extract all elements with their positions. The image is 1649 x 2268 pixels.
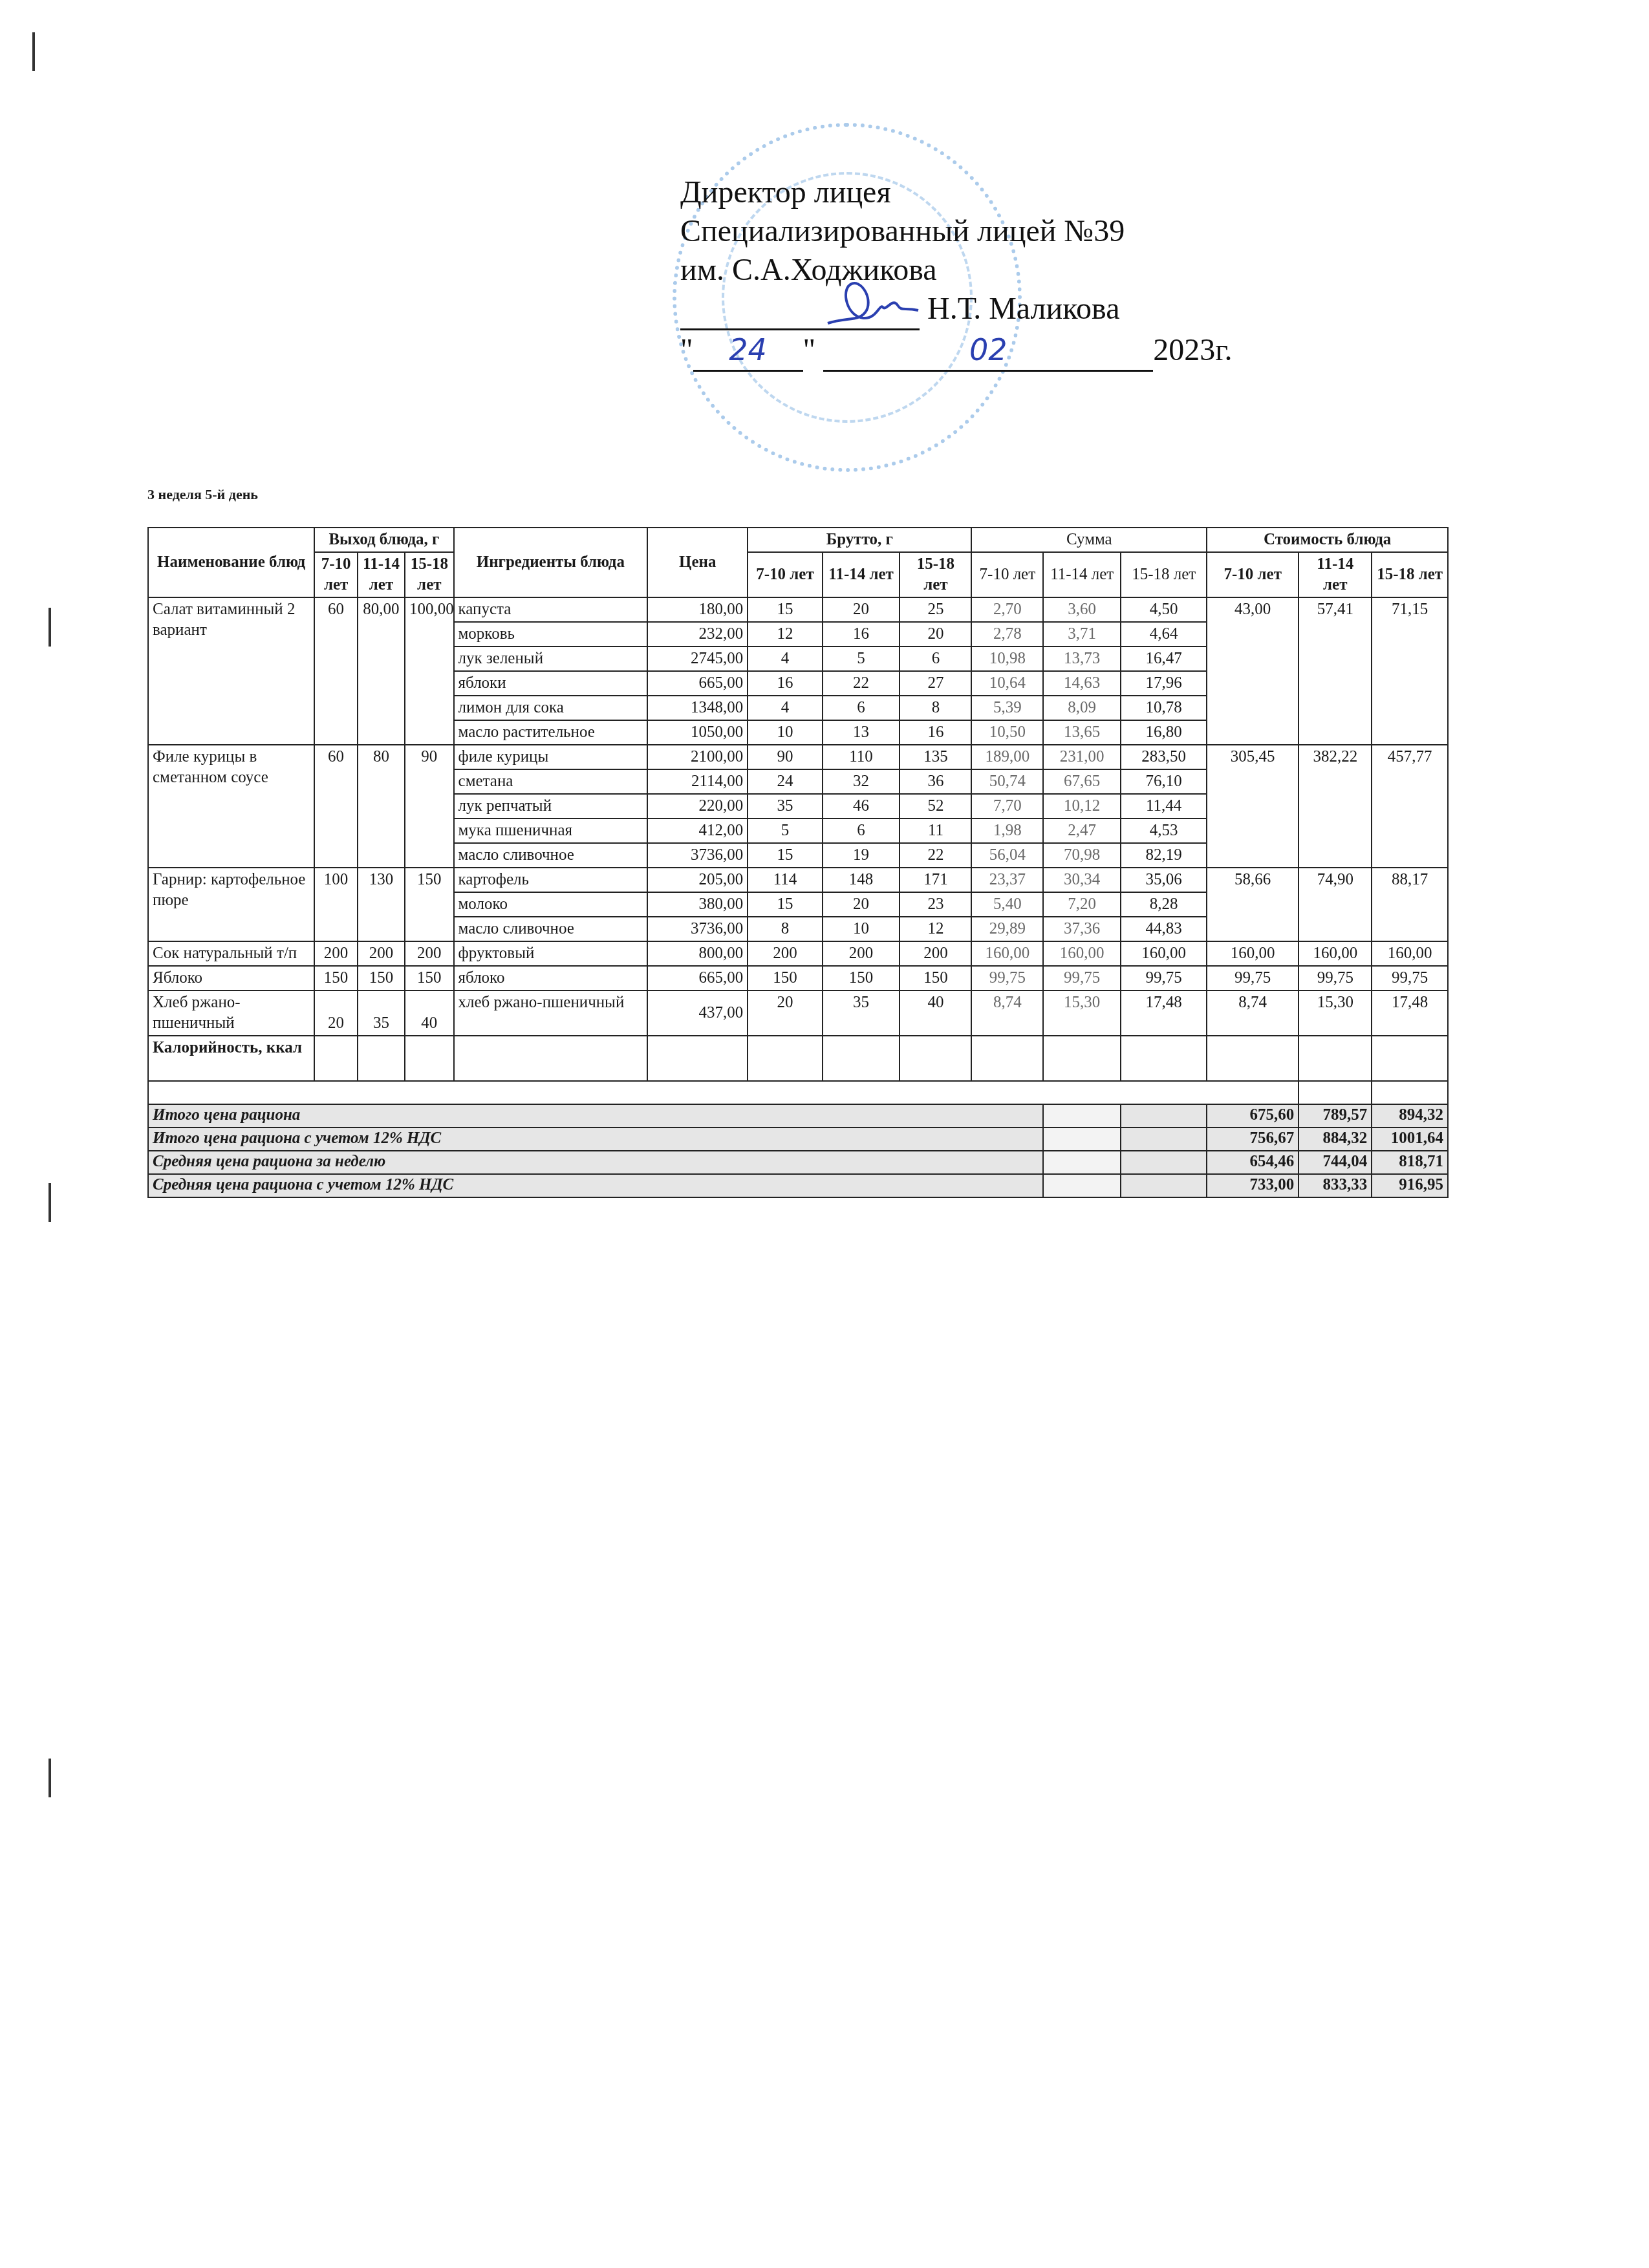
header-age-7-10: 7-10 лет: [1207, 552, 1299, 597]
header-age-7-10: 7-10 лет: [314, 552, 358, 597]
header-age-15-18: 15-18 лет: [405, 552, 453, 597]
header-age-7-10: 7-10 лет: [971, 552, 1043, 597]
ingredient-name: филе курицы: [454, 745, 647, 769]
ingredient-sum: 10,64: [971, 671, 1043, 696]
ingredient-brutto: 5: [748, 818, 822, 843]
total-value: 833,33: [1299, 1174, 1372, 1197]
date-month: 02: [969, 332, 1008, 367]
ingredient-name: фруктовый: [454, 941, 647, 966]
approval-institution-name: им. С.А.Ходжикова: [680, 251, 1232, 290]
ingredient-brutto: 16: [900, 720, 971, 745]
table-row: Сок натуральный т/п200200200фруктовый800…: [148, 941, 1448, 966]
total-label: Итого цена рациона: [148, 1104, 1043, 1128]
ingredient-sum: 99,75: [971, 966, 1043, 990]
ingredient-sum: 82,19: [1121, 843, 1207, 868]
dish-cost: 71,15: [1372, 597, 1448, 745]
ingredient-price: 800,00: [647, 941, 748, 966]
scan-edge-mark: [32, 32, 35, 71]
date-day-field: 24: [693, 330, 803, 372]
dish-cost: 17,48: [1372, 990, 1448, 1036]
header-age-11-14: 11-14 лет: [358, 552, 405, 597]
total-empty-cell: [1121, 1151, 1207, 1174]
ingredient-brutto: 6: [900, 647, 971, 671]
total-value: 894,32: [1372, 1104, 1448, 1128]
dish-yield: 200: [358, 941, 405, 966]
total-value: 756,67: [1207, 1128, 1299, 1151]
ingredient-sum: 10,98: [971, 647, 1043, 671]
header-age-15-18: 15-18 лет: [1121, 552, 1207, 597]
dish-yield: 90: [405, 745, 453, 868]
scan-edge-mark: [48, 1183, 51, 1222]
ingredient-name: лимон для сока: [454, 696, 647, 720]
total-value: 675,60: [1207, 1104, 1299, 1128]
header-age-15-18: 15-18 лет: [1372, 552, 1448, 597]
ingredient-price: 3736,00: [647, 843, 748, 868]
ingredient-sum: 67,65: [1043, 769, 1121, 794]
ingredient-sum: 17,96: [1121, 671, 1207, 696]
ingredient-sum: 23,37: [971, 868, 1043, 892]
ingredient-name: яблоки: [454, 671, 647, 696]
calories-cell: [900, 1036, 971, 1081]
table-row: Хлеб ржано-пшеничный203540хлеб ржано-пше…: [148, 990, 1448, 1036]
header-age-11-14: 11-14 лет: [823, 552, 900, 597]
approval-date: "24" 022023г.: [680, 330, 1232, 372]
dish-yield: 150: [405, 966, 453, 990]
approval-signature-line: Н.Т. Маликова: [680, 290, 1232, 330]
ingredient-brutto: 10: [823, 917, 900, 941]
dish-cost: 382,22: [1299, 745, 1372, 868]
ingredient-brutto: 200: [823, 941, 900, 966]
ingredient-brutto: 24: [748, 769, 822, 794]
ingredient-brutto: 110: [823, 745, 900, 769]
header-age-11-14: 11-14 лет: [1299, 552, 1372, 597]
ingredient-brutto: 12: [748, 622, 822, 647]
ingredient-sum: 4,53: [1121, 818, 1207, 843]
ingredient-brutto: 15: [748, 843, 822, 868]
ingredient-brutto: 35: [823, 990, 900, 1036]
total-empty-cell: [1121, 1104, 1207, 1128]
dish-yield: 100: [314, 868, 358, 941]
ingredient-sum: 44,83: [1121, 917, 1207, 941]
ingredient-sum: 2,78: [971, 622, 1043, 647]
ingredient-brutto: 5: [823, 647, 900, 671]
calories-cell: [1299, 1036, 1372, 1081]
header-price: Цена: [647, 528, 748, 597]
blank-row: [148, 1081, 1448, 1104]
ingredient-sum: 231,00: [1043, 745, 1121, 769]
ingredient-brutto: 32: [823, 769, 900, 794]
total-label: Итого цена рациона с учетом 12% НДС: [148, 1128, 1043, 1151]
dish-cost: 58,66: [1207, 868, 1299, 941]
approval-title: Директор лицея: [680, 173, 1232, 212]
approval-institution: Специализированный лицей №39: [680, 212, 1232, 251]
blank-cell: [1372, 1081, 1448, 1104]
dish-name: Салат витаминный 2 вариант: [148, 597, 314, 745]
ingredient-sum: 10,78: [1121, 696, 1207, 720]
ingredient-price: 1050,00: [647, 720, 748, 745]
ingredient-brutto: 36: [900, 769, 971, 794]
dish-cost: 99,75: [1299, 966, 1372, 990]
ingredient-brutto: 35: [748, 794, 822, 818]
total-row: Средняя цена рациона за неделю654,46744,…: [148, 1151, 1448, 1174]
calories-cell: [1121, 1036, 1207, 1081]
ingredient-brutto: 150: [823, 966, 900, 990]
ingredient-name: молоко: [454, 892, 647, 917]
ingredient-price: 2100,00: [647, 745, 748, 769]
calories-label: Калорийность, ккал: [148, 1036, 314, 1081]
dish-yield: 40: [405, 990, 453, 1036]
ingredient-sum: 16,80: [1121, 720, 1207, 745]
ingredient-sum: 50,74: [971, 769, 1043, 794]
total-row: Средняя цена рациона с учетом 12% НДС733…: [148, 1174, 1448, 1197]
ingredient-sum: 10,50: [971, 720, 1043, 745]
dish-cost: 99,75: [1207, 966, 1299, 990]
ingredient-sum: 56,04: [971, 843, 1043, 868]
ingredient-brutto: 150: [900, 966, 971, 990]
ingredient-sum: 16,47: [1121, 647, 1207, 671]
ingredient-sum: 160,00: [1043, 941, 1121, 966]
header-sum: Сумма: [971, 528, 1207, 552]
ingredient-name: мука пшеничная: [454, 818, 647, 843]
dish-cost: 57,41: [1299, 597, 1372, 745]
ingredient-price: 412,00: [647, 818, 748, 843]
ingredient-brutto: 90: [748, 745, 822, 769]
calories-cell: [823, 1036, 900, 1081]
ingredient-brutto: 20: [900, 622, 971, 647]
ingredient-brutto: 15: [748, 597, 822, 622]
ingredient-sum: 7,70: [971, 794, 1043, 818]
ingredient-sum: 4,50: [1121, 597, 1207, 622]
ingredient-sum: 1,98: [971, 818, 1043, 843]
dish-name: Гарнир: картофельное пюре: [148, 868, 314, 941]
ingredient-sum: 99,75: [1121, 966, 1207, 990]
dish-cost: 74,90: [1299, 868, 1372, 941]
ingredient-price: 205,00: [647, 868, 748, 892]
ingredient-brutto: 171: [900, 868, 971, 892]
ingredient-brutto: 8: [748, 917, 822, 941]
calories-cell: [971, 1036, 1043, 1081]
dish-cost: 99,75: [1372, 966, 1448, 990]
ingredient-brutto: 16: [823, 622, 900, 647]
ingredient-sum: 5,39: [971, 696, 1043, 720]
ingredient-sum: 3,71: [1043, 622, 1121, 647]
ingredient-brutto: 4: [748, 647, 822, 671]
calories-cell: [454, 1036, 647, 1081]
header-dish-cost: Стоимость блюда: [1207, 528, 1448, 552]
dish-yield: 80: [358, 745, 405, 868]
total-value: 818,71: [1372, 1151, 1448, 1174]
calories-cell: [1207, 1036, 1299, 1081]
ingredient-price: 437,00: [647, 990, 748, 1036]
dish-name: Яблоко: [148, 966, 314, 990]
calories-cell: [358, 1036, 405, 1081]
dish-cost: 457,77: [1372, 745, 1448, 868]
dish-yield: 60: [314, 745, 358, 868]
ingredient-name: масло сливочное: [454, 843, 647, 868]
ingredient-name: сметана: [454, 769, 647, 794]
dish-cost: 160,00: [1207, 941, 1299, 966]
total-empty-cell: [1043, 1128, 1121, 1151]
ingredient-price: 2114,00: [647, 769, 748, 794]
ingredient-brutto: 148: [823, 868, 900, 892]
ingredient-brutto: 22: [823, 671, 900, 696]
total-empty-cell: [1121, 1128, 1207, 1151]
ingredient-price: 665,00: [647, 966, 748, 990]
calories-cell: [1043, 1036, 1121, 1081]
header-age-11-14: 11-14 лет: [1043, 552, 1121, 597]
ingredient-brutto: 22: [900, 843, 971, 868]
header-age-7-10: 7-10 лет: [748, 552, 822, 597]
dish-yield: 100,00: [405, 597, 453, 745]
ingredient-brutto: 12: [900, 917, 971, 941]
ingredient-brutto: 150: [748, 966, 822, 990]
total-empty-cell: [1043, 1151, 1121, 1174]
ingredient-sum: 13,73: [1043, 647, 1121, 671]
ingredient-price: 220,00: [647, 794, 748, 818]
ingredient-brutto: 13: [823, 720, 900, 745]
ingredient-brutto: 135: [900, 745, 971, 769]
date-day: 24: [729, 332, 767, 367]
ingredient-price: 380,00: [647, 892, 748, 917]
ingredient-price: 665,00: [647, 671, 748, 696]
ingredient-brutto: 20: [748, 990, 822, 1036]
ingredient-price: 3736,00: [647, 917, 748, 941]
total-value: 733,00: [1207, 1174, 1299, 1197]
calories-cell: [314, 1036, 358, 1081]
approval-block: Директор лицея Специализированный лицей …: [680, 173, 1232, 372]
ingredient-brutto: 6: [823, 696, 900, 720]
ingredient-brutto: 4: [748, 696, 822, 720]
ingredient-brutto: 46: [823, 794, 900, 818]
ingredient-price: 2745,00: [647, 647, 748, 671]
dish-yield: 80,00: [358, 597, 405, 745]
total-empty-cell: [1043, 1104, 1121, 1128]
ingredient-sum: 8,74: [971, 990, 1043, 1036]
ingredient-sum: 11,44: [1121, 794, 1207, 818]
total-empty-cell: [1043, 1174, 1121, 1197]
table-row: Салат витаминный 2 вариант6080,00100,00к…: [148, 597, 1448, 622]
ingredient-sum: 15,30: [1043, 990, 1121, 1036]
dish-cost: 305,45: [1207, 745, 1299, 868]
ingredient-brutto: 25: [900, 597, 971, 622]
ingredient-sum: 7,20: [1043, 892, 1121, 917]
table-row: Филе курицы в сметанном соусе608090филе …: [148, 745, 1448, 769]
ingredient-sum: 30,34: [1043, 868, 1121, 892]
ingredient-brutto: 23: [900, 892, 971, 917]
signer-name: Н.Т. Маликова: [927, 292, 1119, 326]
ingredient-sum: 14,63: [1043, 671, 1121, 696]
ingredient-brutto: 19: [823, 843, 900, 868]
ingredient-sum: 70,98: [1043, 843, 1121, 868]
ingredient-brutto: 8: [900, 696, 971, 720]
dish-yield: 200: [314, 941, 358, 966]
menu-cost-table: Наименование блюд Выход блюда, г Ингреди…: [147, 527, 1449, 1198]
ingredient-sum: 10,12: [1043, 794, 1121, 818]
dish-cost: 8,74: [1207, 990, 1299, 1036]
date-month-field: 02: [823, 330, 1153, 372]
calories-cell: [1372, 1036, 1448, 1081]
dish-yield: 35: [358, 990, 405, 1036]
date-year: 2023г.: [1153, 333, 1232, 367]
dish-cost: 160,00: [1372, 941, 1448, 966]
ingredient-name: масло растительное: [454, 720, 647, 745]
ingredient-brutto: 114: [748, 868, 822, 892]
ingredient-brutto: 27: [900, 671, 971, 696]
dish-yield: 130: [358, 868, 405, 941]
header-ingredients: Ингредиенты блюда: [454, 528, 647, 597]
ingredient-sum: 5,40: [971, 892, 1043, 917]
scan-edge-mark: [48, 1759, 51, 1797]
ingredient-sum: 2,47: [1043, 818, 1121, 843]
dish-yield: 20: [314, 990, 358, 1036]
total-label: Средняя цена рациона с учетом 12% НДС: [148, 1174, 1043, 1197]
ingredient-name: масло сливочное: [454, 917, 647, 941]
ingredient-sum: 29,89: [971, 917, 1043, 941]
ingredient-sum: 160,00: [1121, 941, 1207, 966]
dish-name: Сок натуральный т/п: [148, 941, 314, 966]
dish-yield: 150: [405, 868, 453, 941]
total-value: 916,95: [1372, 1174, 1448, 1197]
ingredient-name: яблоко: [454, 966, 647, 990]
ingredient-brutto: 200: [900, 941, 971, 966]
ingredient-name: капуста: [454, 597, 647, 622]
ingredient-name: лук репчатый: [454, 794, 647, 818]
ingredient-sum: 13,65: [1043, 720, 1121, 745]
ingredient-sum: 160,00: [971, 941, 1043, 966]
ingredient-sum: 17,48: [1121, 990, 1207, 1036]
total-row: Итого цена рациона с учетом 12% НДС756,6…: [148, 1128, 1448, 1151]
header-brutto: Брутто, г: [748, 528, 971, 552]
ingredient-name: лук зеленый: [454, 647, 647, 671]
ingredient-name: морковь: [454, 622, 647, 647]
ingredient-sum: 3,60: [1043, 597, 1121, 622]
ingredient-name: хлеб ржано-пшеничный: [454, 990, 647, 1036]
dish-cost: 160,00: [1299, 941, 1372, 966]
calories-cell: [647, 1036, 748, 1081]
ingredient-brutto: 20: [823, 892, 900, 917]
total-value: 1001,64: [1372, 1128, 1448, 1151]
ingredient-sum: 8,09: [1043, 696, 1121, 720]
signature-icon: [821, 272, 925, 330]
calories-cell: [405, 1036, 453, 1081]
calories-row: Калорийность, ккал: [148, 1036, 1448, 1081]
dish-cost: 15,30: [1299, 990, 1372, 1036]
ingredient-brutto: 20: [823, 597, 900, 622]
ingredient-sum: 2,70: [971, 597, 1043, 622]
total-value: 744,04: [1299, 1151, 1372, 1174]
total-value: 654,46: [1207, 1151, 1299, 1174]
ingredient-sum: 99,75: [1043, 966, 1121, 990]
ingredient-brutto: 6: [823, 818, 900, 843]
dish-yield: 150: [358, 966, 405, 990]
ingredient-sum: 8,28: [1121, 892, 1207, 917]
header-yield: Выход блюда, г: [314, 528, 453, 552]
ingredient-brutto: 10: [748, 720, 822, 745]
ingredient-price: 232,00: [647, 622, 748, 647]
ingredient-price: 1348,00: [647, 696, 748, 720]
ingredient-sum: 37,36: [1043, 917, 1121, 941]
table-row: Гарнир: картофельное пюре100130150картоф…: [148, 868, 1448, 892]
scan-edge-mark: [48, 608, 51, 647]
dish-name: Хлеб ржано-пшеничный: [148, 990, 314, 1036]
ingredient-name: картофель: [454, 868, 647, 892]
ingredient-sum: 35,06: [1121, 868, 1207, 892]
ingredient-brutto: 200: [748, 941, 822, 966]
ingredient-brutto: 52: [900, 794, 971, 818]
total-empty-cell: [1121, 1174, 1207, 1197]
ingredient-sum: 283,50: [1121, 745, 1207, 769]
table-row: Яблоко150150150яблоко665,0015015015099,7…: [148, 966, 1448, 990]
dish-yield: 150: [314, 966, 358, 990]
ingredient-brutto: 16: [748, 671, 822, 696]
ingredient-brutto: 15: [748, 892, 822, 917]
total-label: Средняя цена рациона за неделю: [148, 1151, 1043, 1174]
blank-cell: [148, 1081, 1299, 1104]
ingredient-sum: 76,10: [1121, 769, 1207, 794]
day-title: 3 неделя 5-й день: [147, 486, 258, 503]
dish-yield: 60: [314, 597, 358, 745]
header-dish-name: Наименование блюд: [148, 528, 314, 597]
ingredient-price: 180,00: [647, 597, 748, 622]
ingredient-brutto: 11: [900, 818, 971, 843]
calories-cell: [748, 1036, 822, 1081]
dish-name: Филе курицы в сметанном соусе: [148, 745, 314, 868]
ingredient-sum: 4,64: [1121, 622, 1207, 647]
dish-yield: 200: [405, 941, 453, 966]
blank-cell: [1299, 1081, 1372, 1104]
dish-cost: 88,17: [1372, 868, 1448, 941]
header-age-15-18: 15-18 лет: [900, 552, 971, 597]
total-row: Итого цена рациона675,60789,57894,32: [148, 1104, 1448, 1128]
dish-cost: 43,00: [1207, 597, 1299, 745]
ingredient-sum: 189,00: [971, 745, 1043, 769]
ingredient-brutto: 40: [900, 990, 971, 1036]
total-value: 789,57: [1299, 1104, 1372, 1128]
total-value: 884,32: [1299, 1128, 1372, 1151]
